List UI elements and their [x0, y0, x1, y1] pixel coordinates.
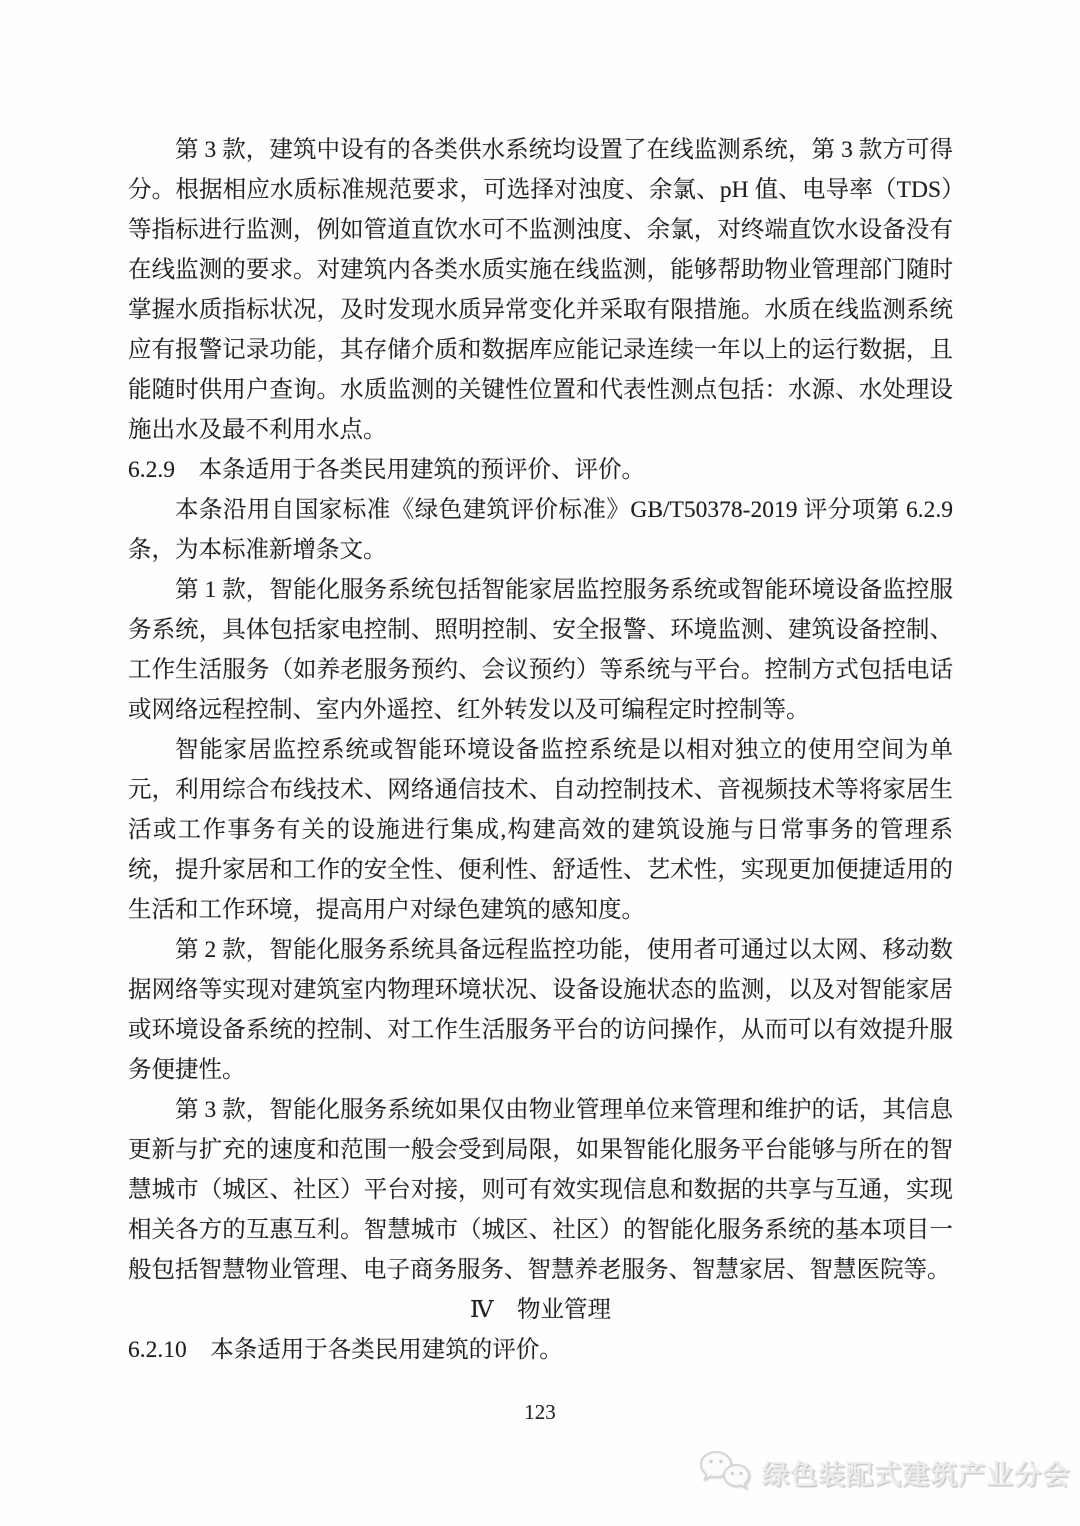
paragraph-water-quality-clause3: 第 3 款，建筑中设有的各类供水系统均设置了在线监测系统，第 3 款方可得分。根…: [128, 130, 953, 450]
document-page: 第 3 款，建筑中设有的各类供水系统均设置了在线监测系统，第 3 款方可得分。根…: [0, 0, 1080, 1526]
page-number: 123: [0, 1400, 1080, 1425]
paragraph-item1-smart-service: 第 1 款，智能化服务系统包括智能家居监控服务系统或智能环境设备监控服务系统，具…: [128, 570, 953, 730]
section-heading-property-management: Ⅳ 物业管理: [128, 1290, 953, 1330]
page-body-text: 第 3 款，建筑中设有的各类供水系统均设置了在线监测系统，第 3 款方可得分。根…: [128, 130, 953, 1370]
watermark: 绿色装配式建筑产业分会: [698, 1448, 1070, 1496]
clause-6-2-10: 6.2.10 本条适用于各类民用建筑的评价。: [128, 1330, 953, 1370]
paragraph-clause-source: 本条沿用自国家标准《绿色建筑评价标准》GB/T50378-2019 评分项第 6…: [128, 490, 953, 570]
paragraph-item2-remote-monitoring: 第 2 款，智能化服务系统具备远程监控功能，使用者可通过以太网、移动数据网络等实…: [128, 930, 953, 1090]
paragraph-smart-home-system: 智能家居监控系统或智能环境设备监控系统是以相对独立的使用空间为单元，利用综合布线…: [128, 730, 953, 930]
paragraph-item3-smart-city: 第 3 款，智能化服务系统如果仅由物业管理单位来管理和维护的话，其信息更新与扩充…: [128, 1090, 953, 1290]
wechat-icon: [698, 1448, 756, 1496]
watermark-text: 绿色装配式建筑产业分会: [762, 1453, 1070, 1492]
clause-6-2-9: 6.2.9 本条适用于各类民用建筑的预评价、评价。: [128, 450, 953, 490]
